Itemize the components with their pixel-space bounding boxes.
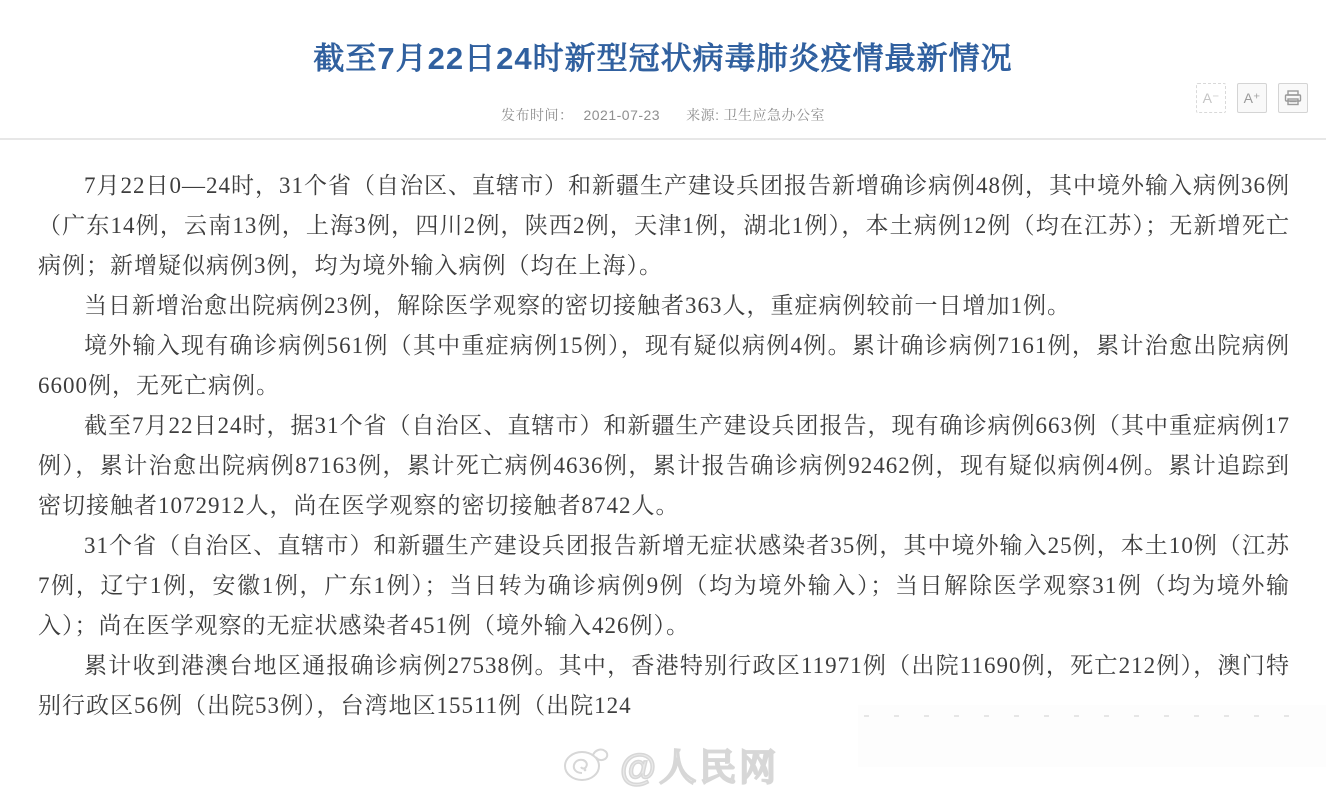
article-paragraph: 境外输入现有确诊病例561例（其中重症病例15例），现有疑似病例4例。累计确诊病… — [38, 326, 1290, 406]
people-daily-watermark: @人民网 — [560, 737, 779, 791]
source-value: 卫生应急办公室 — [724, 107, 826, 123]
article-toolbar: A⁻ A⁺ — [1196, 83, 1308, 113]
watermark-text: @人民网 — [620, 737, 779, 791]
font-decrease-button[interactable]: A⁻ — [1196, 83, 1226, 113]
publish-time-value: 2021-07-23 — [583, 107, 660, 123]
article-paragraph: 当日新增治愈出院病例23例，解除医学观察的密切接触者363人，重症病例较前一日增… — [38, 286, 1290, 326]
printer-icon — [1284, 90, 1302, 106]
scan-speckle — [864, 715, 1312, 717]
source-label: 来源: — [686, 107, 719, 123]
article-paragraph: 截至7月22日24时，据31个省（自治区、直辖市）和新疆生产建设兵团报告，现有确… — [38, 406, 1290, 526]
print-button[interactable] — [1278, 83, 1308, 113]
article-body: 7月22日0—24时，31个省（自治区、直辖市）和新疆生产建设兵团报告新增确诊病… — [0, 148, 1326, 726]
meta-row: 发布时间：2021-07-23来源:卫生应急办公室 — [0, 105, 1326, 125]
weibo-emoji-icon — [560, 739, 612, 790]
publish-time-label: 发布时间： — [501, 107, 574, 123]
scan-blur-patch — [858, 705, 1326, 767]
article-page: 截至7月22日24时新型冠状病毒肺炎疫情最新情况 发布时间：2021-07-23… — [0, 0, 1326, 800]
page-title: 截至7月22日24时新型冠状病毒肺炎疫情最新情况 — [0, 21, 1326, 81]
article-paragraph: 31个省（自治区、直辖市）和新疆生产建设兵团报告新增无症状感染者35例，其中境外… — [38, 526, 1290, 646]
font-increase-button[interactable]: A⁺ — [1237, 83, 1267, 113]
header-divider — [0, 138, 1326, 140]
article-paragraph: 7月22日0—24时，31个省（自治区、直辖市）和新疆生产建设兵团报告新增确诊病… — [38, 166, 1290, 286]
